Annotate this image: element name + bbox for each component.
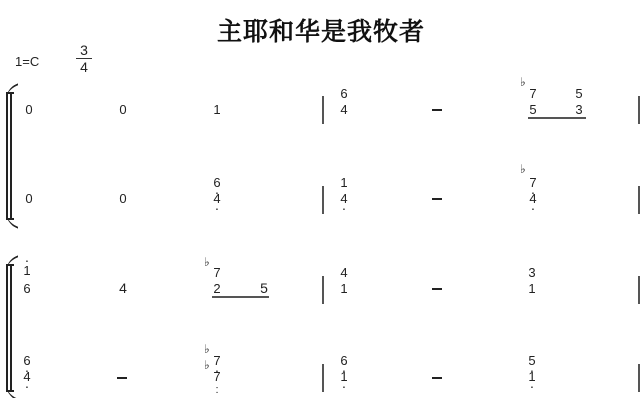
note: 5: [526, 354, 538, 367]
bar-line: [638, 186, 640, 214]
note: 4: [338, 103, 350, 116]
note: 0: [23, 192, 35, 205]
note: 5: [527, 103, 539, 116]
note: 6: [211, 176, 223, 189]
flat-icon: ♭: [204, 359, 210, 371]
sustain-dash: [117, 377, 127, 379]
sustain-dash: [432, 288, 442, 290]
bracket-bottom-curl-icon: [6, 385, 18, 398]
note: 1: [338, 282, 350, 295]
note: 4: [21, 370, 33, 383]
note: 6: [338, 354, 350, 367]
sustain-dash: [432, 109, 442, 111]
key-signature: 1=C: [15, 54, 39, 69]
note: 2: [211, 282, 223, 295]
note: 6: [338, 87, 350, 100]
note: 1: [338, 370, 350, 383]
bar-line: [322, 364, 324, 392]
time-signature: 3 4: [76, 42, 92, 75]
note: 1: [338, 176, 350, 189]
note: 3: [526, 266, 538, 279]
note: 5: [258, 282, 270, 295]
note: 0: [117, 103, 129, 116]
time-signature-numerator: 3: [76, 42, 92, 59]
bar-line: [638, 276, 640, 304]
note: 7: [211, 266, 223, 279]
note: 3: [573, 103, 585, 116]
note: 0: [23, 103, 35, 116]
sustain-dash: [432, 377, 442, 379]
flat-icon: ♭: [520, 76, 526, 88]
note: 1: [526, 370, 538, 383]
note: 7: [527, 176, 539, 189]
note: 1: [526, 282, 538, 295]
note: 4: [117, 282, 129, 295]
note: 4: [211, 192, 223, 205]
flat-icon: ♭: [520, 163, 526, 175]
system-bracket-2: [6, 264, 14, 392]
bracket-bottom-curl-icon: [6, 213, 18, 229]
bar-line: [322, 276, 324, 304]
eighth-note-underline: [528, 117, 586, 119]
sustain-dash: [432, 198, 442, 200]
bracket-top-curl-icon: [6, 255, 18, 271]
note: 4: [338, 266, 350, 279]
note: 4: [338, 192, 350, 205]
score-title: 主耶和华是我牧者: [0, 12, 642, 48]
note: 6: [21, 354, 33, 367]
note: 0: [117, 192, 129, 205]
bar-line: [638, 364, 640, 392]
time-signature-denominator: 4: [80, 59, 88, 75]
bar-line: [322, 186, 324, 214]
bar-line: [322, 96, 324, 124]
note: 6: [21, 282, 33, 295]
note: 7: [211, 370, 223, 383]
note: 7: [211, 354, 223, 367]
note: 4: [527, 192, 539, 205]
flat-icon: ♭: [204, 256, 210, 268]
flat-icon: ♭: [204, 343, 210, 355]
bar-line: [638, 96, 640, 124]
note: 1: [211, 103, 223, 116]
bracket-top-curl-icon: [6, 83, 18, 99]
eighth-note-underline: [212, 296, 269, 298]
system-bracket-1: [6, 92, 14, 220]
note: 7: [527, 87, 539, 100]
note: 1: [21, 264, 33, 277]
note: 5: [573, 87, 585, 100]
